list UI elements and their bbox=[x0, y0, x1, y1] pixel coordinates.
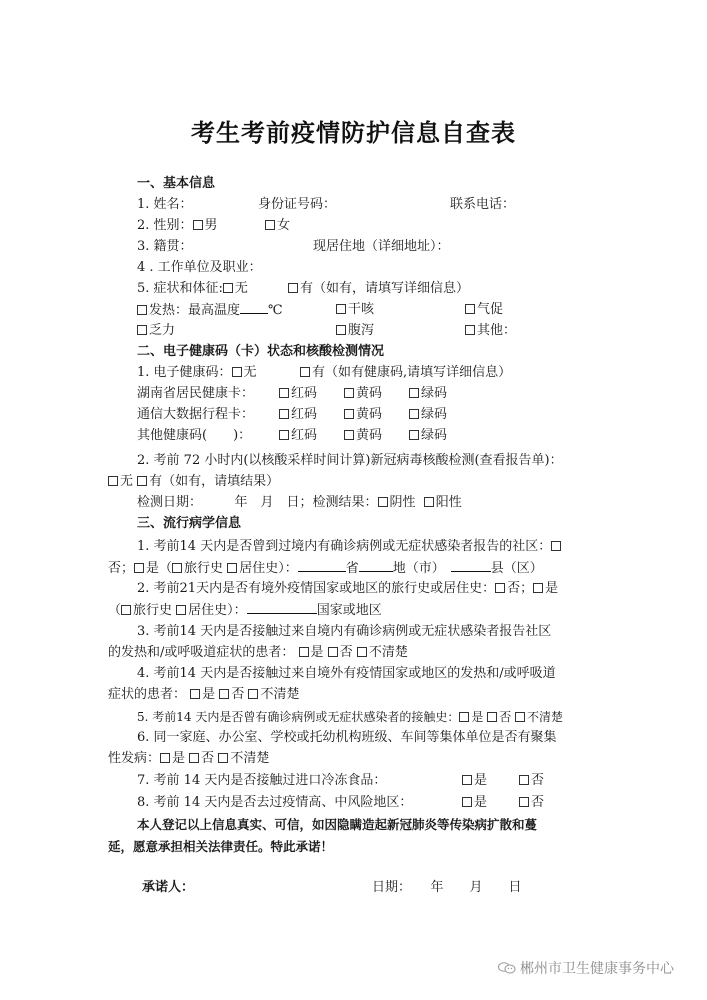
fatigue-label: 乏力 bbox=[149, 323, 175, 338]
gender-label: 2. 性别： bbox=[137, 218, 193, 233]
sign-date-field[interactable]: 日期： 年 月 日 bbox=[372, 879, 522, 897]
phone-field[interactable]: 联系电话： bbox=[450, 196, 515, 214]
county-label: 县（区） bbox=[491, 561, 543, 576]
section-heading-health-code: 二、电子健康码（卡）状态和核酸检测情况 bbox=[137, 343, 384, 361]
green-label: 绿码 bbox=[421, 428, 447, 443]
checkbox-q2-reside[interactable] bbox=[176, 605, 186, 615]
code-row-opt: 黄码 bbox=[344, 427, 382, 445]
green-label: 绿码 bbox=[421, 407, 447, 422]
yes-label: 是 bbox=[202, 687, 215, 702]
checkbox-q7-no[interactable] bbox=[519, 775, 529, 785]
checkbox-other[interactable] bbox=[465, 325, 475, 335]
fever-label: 发热：最高温度 bbox=[149, 303, 240, 318]
symptoms-label: 5. 症状和体征: bbox=[137, 281, 223, 296]
diarrhea-option: 腹泻 bbox=[336, 322, 374, 340]
checkbox-q8-no[interactable] bbox=[519, 797, 529, 807]
checkbox-q2-yes[interactable] bbox=[533, 583, 543, 593]
no-label: 否 bbox=[201, 751, 214, 766]
no-label: 否 bbox=[340, 645, 353, 660]
pledge-line2: 延，愿意承担相关法律责任。特此承诺！ bbox=[108, 838, 333, 856]
paren: （ bbox=[108, 603, 121, 618]
name-field[interactable]: 1. 姓名： bbox=[137, 196, 193, 214]
yes-label: 是 bbox=[311, 645, 324, 660]
yellow-label: 黄码 bbox=[356, 386, 382, 401]
checkbox-red[interactable] bbox=[279, 388, 289, 398]
checkbox-q5-no[interactable] bbox=[487, 712, 497, 722]
native-field[interactable]: 3. 籍贯： bbox=[137, 238, 193, 256]
checkbox-green[interactable] bbox=[409, 388, 419, 398]
fatigue-option: 乏力 bbox=[137, 322, 175, 340]
no-label: 否 bbox=[499, 710, 511, 724]
q6-line1: 6. 同一家庭、办公室、学校或托幼机构班级、车间等集体单位是否有聚集 bbox=[137, 729, 557, 747]
q7-no: 否 bbox=[519, 772, 544, 790]
q4-text: 症状的患者： bbox=[108, 687, 186, 702]
cough-label: 干咳 bbox=[348, 302, 374, 317]
section-heading-basic: 一、基本信息 bbox=[137, 175, 215, 193]
male-label: 男 bbox=[205, 218, 218, 233]
code-row-opt: 红码 bbox=[279, 385, 317, 403]
green-label: 绿码 bbox=[421, 386, 447, 401]
checkbox-green[interactable] bbox=[409, 409, 419, 419]
q1-line2: 否；是（旅行史 居住史）：省地（市）县（区） bbox=[108, 559, 543, 578]
reside-label: 居住史）： bbox=[239, 561, 298, 576]
yes-label: 是 bbox=[172, 751, 185, 766]
wechat-icon bbox=[498, 962, 516, 974]
has-label: 有（如有，请填写详细信息） bbox=[300, 281, 469, 296]
temperature-blank[interactable] bbox=[240, 301, 268, 314]
health-code-label: 1. 电子健康码： bbox=[137, 365, 232, 380]
q3-text: 的发热和/或呼吸道症状的患者： bbox=[108, 645, 294, 660]
checkbox-red[interactable] bbox=[279, 430, 289, 440]
q5-line: 5. 考前14 天内是否曾有确诊病例或无症状感染者的接触史：是 否 不清楚 bbox=[137, 708, 563, 726]
travel-label: 旅行史 bbox=[133, 603, 172, 618]
checkbox-fatigue[interactable] bbox=[137, 325, 147, 335]
q2-no-label: 否 bbox=[507, 581, 520, 596]
code-row-opt: 绿码 bbox=[409, 385, 447, 403]
q2-text: 2. 考前21天内是否有境外疫情国家或地区的旅行史或居住史： bbox=[137, 581, 495, 596]
none-label: 无 bbox=[235, 281, 248, 296]
code-row-opt: 绿码 bbox=[409, 427, 447, 445]
yellow-label: 黄码 bbox=[356, 428, 382, 443]
symptom-has-option: 有（如有，请填写详细信息） bbox=[288, 280, 469, 298]
checkbox-code-has[interactable] bbox=[300, 367, 310, 377]
q6-text: 性发病： bbox=[108, 751, 160, 766]
page-title: 考生考前疫情防护信息自查表 bbox=[0, 113, 707, 148]
q6-line2: 性发病：是 否 不清楚 bbox=[108, 750, 269, 768]
red-label: 红码 bbox=[291, 386, 317, 401]
checkbox-symptom-none[interactable] bbox=[223, 283, 233, 293]
code-none-label: 无 bbox=[244, 365, 257, 380]
code-row-opt: 黄码 bbox=[344, 385, 382, 403]
checkbox-diarrhea[interactable] bbox=[336, 325, 346, 335]
no-label: 否 bbox=[531, 773, 544, 788]
city-label: 地（市） bbox=[393, 561, 445, 576]
checkbox-code-none[interactable] bbox=[232, 367, 242, 377]
checkbox-q3-yes[interactable] bbox=[299, 647, 309, 657]
city-blank[interactable] bbox=[359, 559, 393, 572]
county-blank[interactable] bbox=[451, 559, 491, 572]
test-options: 无 有（如有，请填结果） bbox=[108, 473, 279, 491]
checkbox-q1-no[interactable] bbox=[551, 541, 561, 551]
country-blank[interactable] bbox=[247, 601, 317, 614]
checkbox-q5-unsure[interactable] bbox=[515, 712, 525, 722]
checkbox-negative[interactable] bbox=[378, 497, 388, 507]
other-label: 其他： bbox=[477, 323, 516, 338]
breath-option: 气促 bbox=[465, 301, 503, 319]
checkbox-q1-travel[interactable] bbox=[172, 563, 182, 573]
q8-no: 否 bbox=[519, 794, 544, 812]
code-has-option: 有（如有健康码,请填写详细信息） bbox=[300, 364, 511, 382]
code-row-label: 湖南省居民健康卡： bbox=[137, 385, 254, 403]
checkbox-q4-yes[interactable] bbox=[190, 689, 200, 699]
unsure-label: 不清楚 bbox=[260, 687, 299, 702]
celsius-label: ℃ bbox=[268, 303, 283, 318]
province-label: 省 bbox=[346, 561, 359, 576]
travel-label: 旅行史 bbox=[184, 561, 223, 576]
test-date-row: 检测日期： 年 月 日；检测结果：阴性 阳性 bbox=[137, 494, 462, 512]
checkbox-q3-unsure[interactable] bbox=[357, 647, 367, 657]
watermark-text: 郴州市卫生健康事务中心 bbox=[520, 961, 674, 977]
checkbox-yellow[interactable] bbox=[344, 409, 354, 419]
code-row-opt: 黄码 bbox=[344, 406, 382, 424]
q1-line1: 1. 考前14 天内是否曾到过境内有确诊病例或无症状感染者报告的社区： bbox=[137, 538, 563, 556]
cough-option: 干咳 bbox=[336, 301, 374, 319]
code-row-opt: 绿码 bbox=[409, 406, 447, 424]
checkbox-fever[interactable] bbox=[137, 305, 147, 315]
checkbox-q5-yes[interactable] bbox=[459, 712, 469, 722]
q1-text: 1. 考前14 天内是否曾到过境内有确诊病例或无症状感染者报告的社区： bbox=[137, 539, 551, 554]
breath-label: 气促 bbox=[477, 302, 503, 317]
test-date-label: 检测日期： 年 月 日；检测结果： bbox=[137, 495, 378, 510]
country-label: 国家或地区 bbox=[317, 603, 382, 618]
checkbox-female[interactable] bbox=[265, 220, 275, 230]
red-label: 红码 bbox=[291, 407, 317, 422]
q1-no-label: 否； bbox=[108, 561, 134, 576]
nucleic-test-question: 2. 考前 72 小时内(以核酸采样时间计算)新冠病毒核酸检测(查看报告单)： bbox=[137, 452, 563, 470]
red-label: 红码 bbox=[291, 428, 317, 443]
positive-label: 阳性 bbox=[436, 495, 462, 510]
symptoms-row: 5. 症状和体征:无 bbox=[137, 280, 248, 298]
diarrhea-label: 腹泻 bbox=[348, 323, 374, 338]
checkbox-q1-reside[interactable] bbox=[227, 563, 237, 573]
q2-line1: 2. 考前21天内是否有境外疫情国家或地区的旅行史或居住史：否；是 bbox=[137, 580, 558, 598]
code-has-label: 有（如有健康码,请填写详细信息） bbox=[312, 365, 511, 380]
no-label: 否 bbox=[531, 795, 544, 810]
checkbox-positive[interactable] bbox=[424, 497, 434, 507]
signer-field[interactable]: 承诺人： bbox=[142, 879, 194, 897]
q3-line1: 3. 考前14 天内是否接触过来自境内有确诊病例或无症状感染者报告社区 bbox=[137, 623, 551, 641]
checkbox-male[interactable] bbox=[193, 220, 203, 230]
test-none-label: 无 bbox=[120, 474, 133, 489]
q7-yes: 是 bbox=[462, 772, 487, 790]
work-field[interactable]: 4 . 工作单位及职业： bbox=[137, 259, 262, 277]
unsure-label: 不清楚 bbox=[527, 710, 563, 724]
fever-option: 发热：最高温度℃ bbox=[137, 301, 283, 320]
female-option: 女 bbox=[265, 217, 290, 235]
checkbox-green[interactable] bbox=[409, 430, 419, 440]
code-row-label: 其他健康码( )： bbox=[137, 427, 251, 445]
code-row-opt: 红码 bbox=[279, 406, 317, 424]
id-field[interactable]: 身份证号码： bbox=[258, 196, 336, 214]
other-option: 其他： bbox=[465, 322, 516, 340]
q4-line2: 症状的患者： 是 否 不清楚 bbox=[108, 686, 299, 704]
unsure-label: 不清楚 bbox=[369, 645, 408, 660]
checkbox-q6-no[interactable] bbox=[189, 753, 199, 763]
reside-label: 居住史）： bbox=[188, 603, 247, 618]
q8-text: 8. 考前 14 天内是否去过疫情高、中风险地区： bbox=[137, 794, 412, 812]
code-row-label: 通信大数据行程卡： bbox=[137, 406, 254, 424]
q2-yes-label: 是 bbox=[545, 581, 558, 596]
checkbox-q8-yes[interactable] bbox=[462, 797, 472, 807]
negative-label: 阴性 bbox=[390, 495, 416, 510]
q2-line2: （旅行史 居住史）：国家或地区 bbox=[108, 601, 382, 620]
checkbox-symptom-has[interactable] bbox=[288, 283, 298, 293]
checkbox-red[interactable] bbox=[279, 409, 289, 419]
checkbox-q4-unsure[interactable] bbox=[248, 689, 258, 699]
checkbox-breath[interactable] bbox=[465, 304, 475, 314]
q7-text: 7. 考前 14 天内是否接触过进口冷冻食品： bbox=[137, 772, 386, 790]
checkbox-yellow[interactable] bbox=[344, 388, 354, 398]
name-label: 1. 姓名： bbox=[137, 197, 193, 212]
checkbox-q2-no[interactable] bbox=[495, 583, 505, 593]
code-row-opt: 红码 bbox=[279, 427, 317, 445]
pledge-line1: 本人登记以上信息真实、可信，如因隐瞒造起新冠肺炎等传染病扩散和蔓 bbox=[137, 816, 537, 834]
unsure-label: 不清楚 bbox=[230, 751, 269, 766]
checkbox-q6-yes[interactable] bbox=[160, 753, 170, 763]
q4-line1: 4. 考前14 天内是否接触过来自境外有疫情国家或地区的发热和/或呼吸道 bbox=[137, 665, 556, 683]
yes-label: 是 bbox=[474, 773, 487, 788]
checkbox-q6-unsure[interactable] bbox=[218, 753, 228, 763]
checkbox-q3-no[interactable] bbox=[328, 647, 338, 657]
section-heading-epidemiology: 三、流行病学信息 bbox=[137, 515, 241, 533]
yes-label: 是 bbox=[474, 795, 487, 810]
yes-label: 是 bbox=[471, 710, 483, 724]
checkbox-q4-no[interactable] bbox=[219, 689, 229, 699]
id-label: 身份证号码： bbox=[258, 197, 336, 212]
checkbox-q2-travel[interactable] bbox=[121, 605, 131, 615]
province-blank[interactable] bbox=[298, 559, 346, 572]
q8-yes: 是 bbox=[462, 794, 487, 812]
no-label: 否 bbox=[231, 687, 244, 702]
test-has-label: 有（如有，请填结果） bbox=[149, 474, 279, 489]
checkbox-test-none[interactable] bbox=[108, 476, 118, 486]
checkbox-cough[interactable] bbox=[336, 304, 346, 314]
gender-row: 2. 性别：男 bbox=[137, 217, 218, 235]
yellow-label: 黄码 bbox=[356, 407, 382, 422]
watermark: 郴州市卫生健康事务中心 bbox=[498, 958, 674, 978]
q5-text: 5. 考前14 天内是否曾有确诊病例或无症状感染者的接触史： bbox=[137, 710, 459, 724]
phone-label: 联系电话： bbox=[450, 197, 515, 212]
checkbox-q7-yes[interactable] bbox=[462, 775, 472, 785]
checkbox-test-has[interactable] bbox=[137, 476, 147, 486]
q1-yes-label: 是（ bbox=[146, 561, 172, 576]
female-label: 女 bbox=[277, 218, 290, 233]
q3-line2: 的发热和/或呼吸道症状的患者： 是 否 不清楚 bbox=[108, 644, 408, 662]
checkbox-q1-yes[interactable] bbox=[134, 563, 144, 573]
checkbox-yellow[interactable] bbox=[344, 430, 354, 440]
health-code-row: 1. 电子健康码：无 bbox=[137, 364, 257, 382]
address-field[interactable]: 现居住地（详细地址）： bbox=[313, 238, 450, 256]
